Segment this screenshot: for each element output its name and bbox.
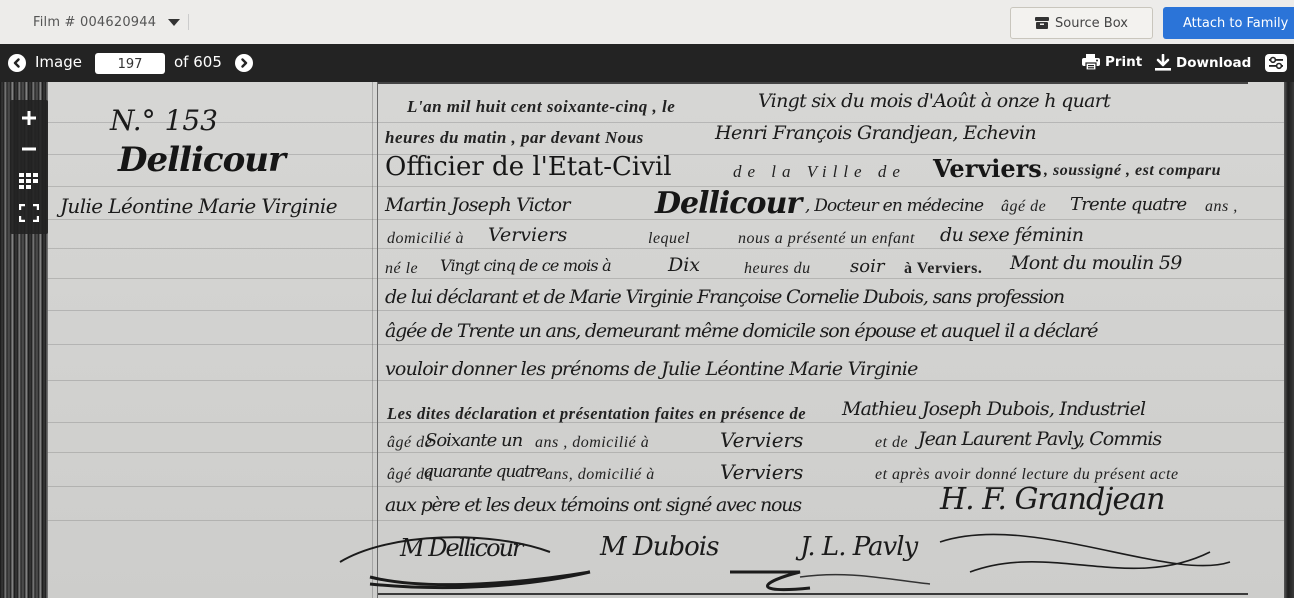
printed-text: né le: [385, 260, 418, 278]
record-number: N.° 153: [110, 104, 218, 137]
divider: [188, 14, 189, 30]
printed-text: ans, domicilié à: [545, 466, 655, 484]
handwritten-text: du sexe féminin: [940, 224, 1083, 246]
printed-text: domicilié à: [387, 230, 464, 248]
archive-box-icon: [1035, 17, 1049, 29]
handwritten-text: Vingt six du mois d'Août à onze h quart: [758, 90, 1110, 112]
printed-text: Les dites déclaration et présentation fa…: [387, 404, 806, 424]
zoom-in-button[interactable]: [10, 103, 48, 133]
printed-text: à Verviers.: [904, 260, 982, 278]
printer-icon: [1082, 54, 1100, 70]
source-box-label: Source Box: [1055, 16, 1128, 31]
handwritten-text: de lui déclarant et de Marie Virginie Fr…: [385, 286, 1064, 308]
print-button[interactable]: Print: [1082, 54, 1142, 70]
handwritten-text: vouloir donner les prénoms de Julie Léon…: [385, 358, 918, 380]
image-viewport[interactable]: N.° 153 Dellicour Julie Léontine Marie V…: [0, 82, 1294, 598]
margin-surname: Dellicour: [118, 140, 285, 180]
printed-text: âgé de: [1001, 198, 1046, 216]
chevron-down-icon[interactable]: [168, 19, 180, 26]
zoom-controls: [10, 100, 48, 234]
printed-text: et de: [875, 434, 908, 452]
source-box-button[interactable]: Source Box: [1010, 7, 1153, 39]
chevron-left-icon: [12, 58, 22, 68]
printed-heading: Officier de l'Etat-Civil: [385, 152, 672, 182]
fullscreen-button[interactable]: [10, 198, 48, 228]
next-image-button[interactable]: [235, 54, 253, 72]
handwritten-text: Verviers: [720, 428, 803, 452]
grid-view-button[interactable]: [10, 166, 48, 196]
attach-to-family-button[interactable]: Attach to Family: [1163, 7, 1294, 39]
film-edge-right: [1284, 82, 1294, 598]
printed-text: de la Ville de: [733, 162, 906, 182]
fullscreen-icon: [19, 204, 39, 222]
handwritten-text: quarante quatre: [423, 462, 545, 482]
printed-text: lequel: [648, 230, 690, 248]
image-settings-button[interactable]: [1265, 54, 1287, 72]
handwritten-text: , Docteur en médecine: [805, 196, 983, 216]
handwritten-text: Verviers: [488, 224, 567, 246]
printed-city: Verviers: [933, 154, 1042, 183]
film-number: Film # 004620944: [33, 15, 156, 30]
printed-text: ans , domicilié à: [535, 434, 649, 452]
previous-image-button[interactable]: [8, 54, 26, 72]
download-button[interactable]: Download: [1155, 54, 1251, 71]
image-total: of 605: [174, 53, 222, 71]
sliders-icon: [1265, 54, 1287, 72]
chevron-right-icon: [239, 58, 249, 68]
handwritten-text: Vingt cinq de ce mois à: [440, 256, 611, 275]
handwritten-text: Martin Joseph Victor: [385, 194, 570, 216]
printed-text: ans ,: [1205, 198, 1238, 216]
download-icon: [1155, 54, 1171, 71]
film-selector[interactable]: Film # 004620944: [33, 14, 189, 30]
handwritten-text: Henri François Grandjean, Echevin: [715, 122, 1036, 144]
top-header: Film # 004620944 Source Box Attach to Fa…: [0, 0, 1294, 44]
grid-icon: [19, 173, 39, 189]
plus-icon: [22, 111, 36, 125]
printed-text: heures du: [744, 260, 811, 278]
handwritten-text: Dix: [668, 254, 700, 276]
image-label: Image: [35, 53, 82, 71]
printed-text: nous a présenté un enfant: [738, 230, 915, 248]
download-label: Download: [1176, 55, 1251, 71]
handwritten-text: Jean Laurent Pavly, Commis: [918, 428, 1161, 450]
officer-signature: H. F. Grandjean: [940, 482, 1164, 517]
zoom-out-button[interactable]: [10, 134, 48, 164]
handwritten-text: soir: [850, 256, 884, 277]
handwritten-surname: Dellicour: [655, 186, 801, 221]
handwritten-text: Mathieu Joseph Dubois, Industriel: [842, 398, 1145, 420]
margin-given-names: Julie Léontine Marie Virginie: [60, 194, 337, 218]
printed-text: L'an mil huit cent soixante-cinq , le: [407, 97, 675, 117]
print-label: Print: [1105, 54, 1142, 70]
handwritten-text: aux père et les deux témoins ont signé a…: [385, 494, 801, 516]
handwritten-text: Soixante un: [425, 430, 522, 451]
printed-text: , soussigné , est comparu: [1044, 162, 1221, 180]
printed-text: heures du matin , par devant Nous: [385, 128, 644, 148]
attach-label: Attach to Family: [1183, 16, 1288, 31]
minus-icon: [22, 142, 36, 156]
handwritten-text: Trente quatre: [1070, 194, 1186, 215]
handwritten-text: Mont du moulin 59: [1010, 252, 1182, 274]
image-number-input[interactable]: [95, 53, 165, 74]
signature-flourishes: [330, 522, 1250, 598]
viewer-toolbar: Image of 605 Print Download: [0, 44, 1294, 82]
handwritten-text: Verviers: [720, 460, 803, 484]
handwritten-text: âgée de Trente un ans, demeurant même do…: [385, 320, 1097, 342]
